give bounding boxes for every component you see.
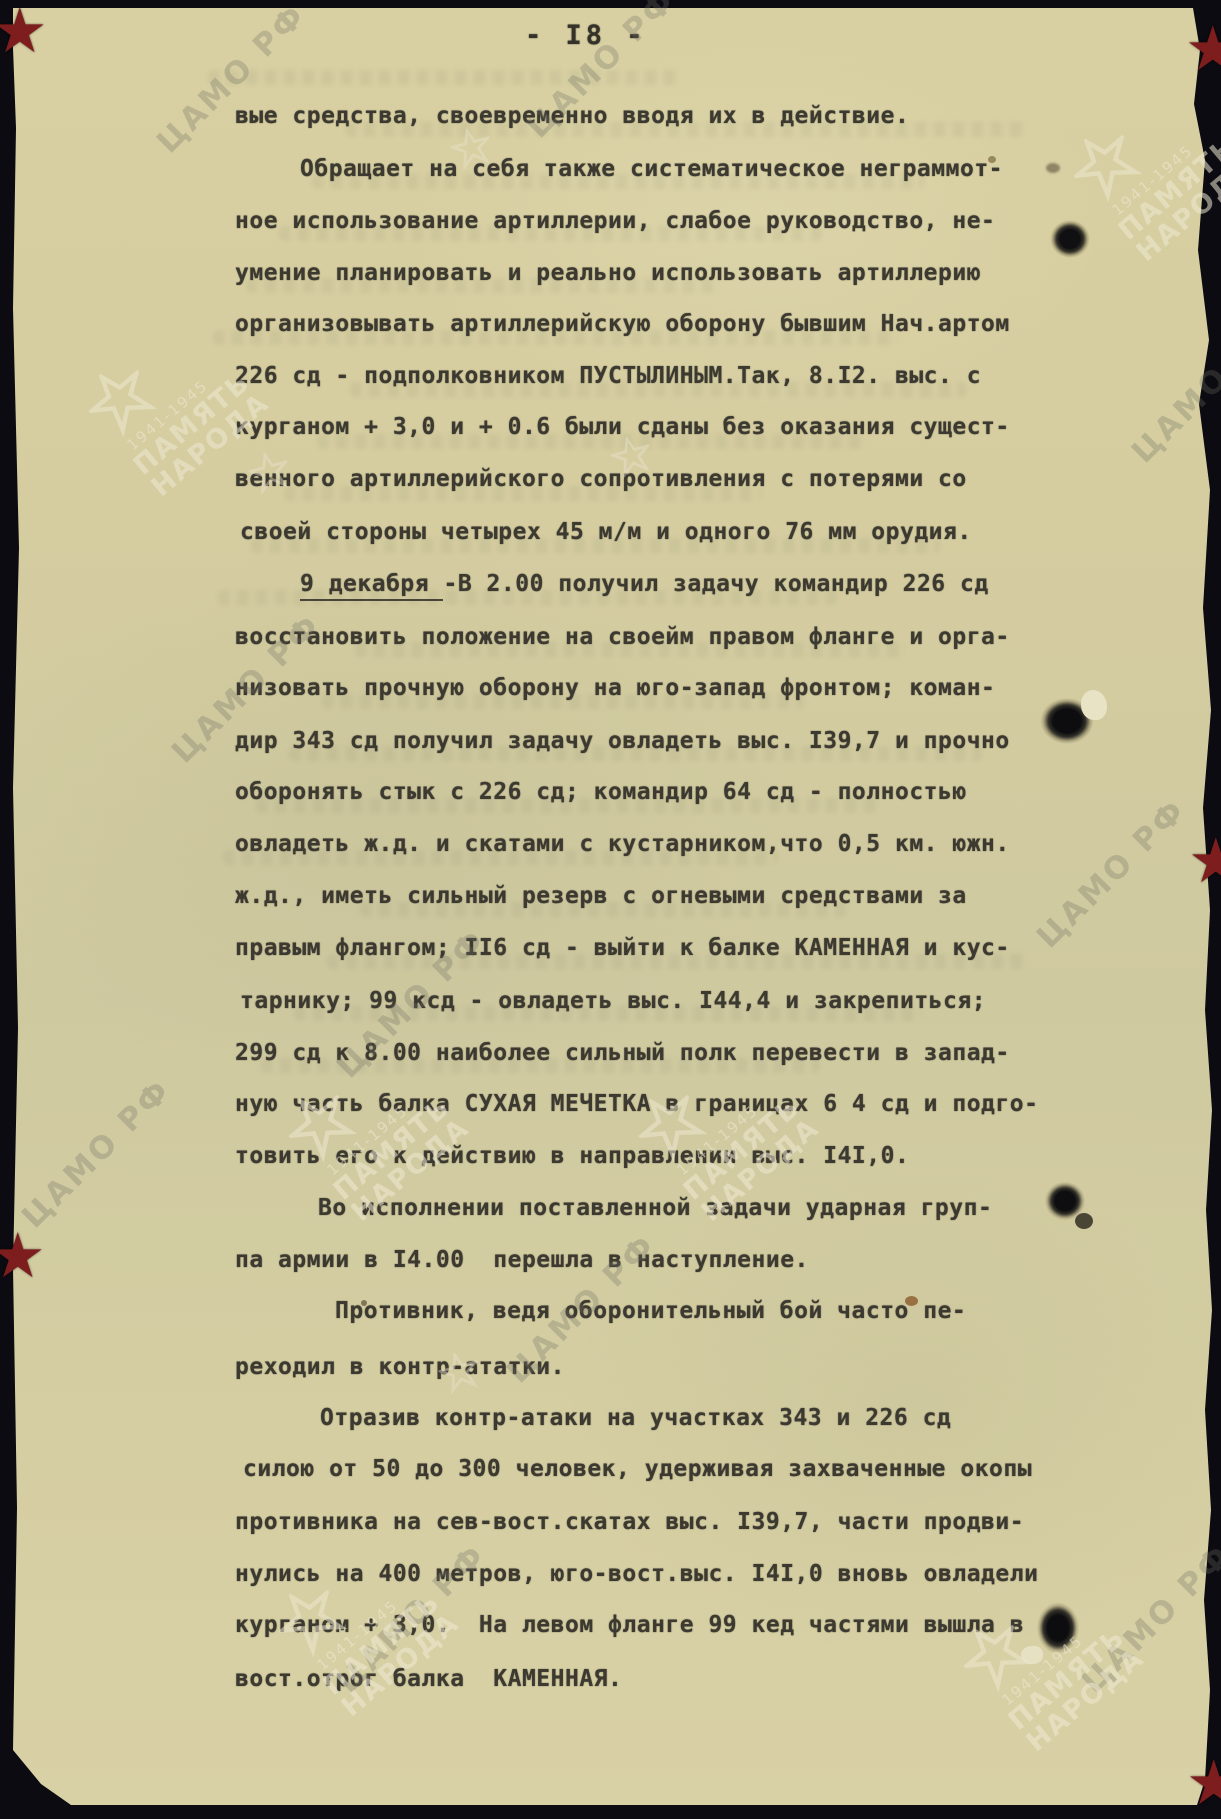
paper-hole bbox=[1046, 163, 1060, 173]
text-segment: организовывать артиллерийскую оборону бы… bbox=[235, 311, 1010, 337]
text-segment: низовать прочную оборону на юго-запад фр… bbox=[235, 675, 995, 701]
text-segment: умение планировать и реально использоват… bbox=[235, 260, 981, 286]
document-line: умение планировать и реально использоват… bbox=[235, 260, 981, 286]
text-segment: -В 2.00 получил задачу командир 226 сд bbox=[443, 571, 988, 597]
paper-hole bbox=[1048, 218, 1092, 260]
text-segment: дир 343 сд получил задачу овладеть выс. … bbox=[235, 728, 1010, 754]
document-line: дир 343 сд получил задачу овладеть выс. … bbox=[235, 728, 1010, 754]
paper-hole bbox=[1075, 1213, 1093, 1229]
document-line: оборонять стык с 226 сд; командир 64 сд … bbox=[235, 779, 967, 805]
document-line: восстановить положение на своейм правом … bbox=[235, 624, 1010, 650]
text-segment: Обращает на себя также систематическое н… bbox=[300, 156, 1003, 182]
red-star-icon: ★ bbox=[1188, 830, 1221, 892]
document-line: венного артиллерийского сопротивления с … bbox=[235, 466, 967, 492]
document-line: па армии в I4.00 перешла в наступление. bbox=[235, 1247, 809, 1273]
paper-hole bbox=[1081, 690, 1107, 720]
document-line: 9 декабря -В 2.00 получил задачу команди… bbox=[300, 571, 989, 597]
text-segment: венного артиллерийского сопротивления с … bbox=[235, 466, 967, 492]
text-segment: ное использование артиллерии, слабое рук… bbox=[235, 208, 995, 234]
text-segment: правым флангом; II6 сд - выйти к балке К… bbox=[235, 935, 1010, 961]
text-segment: восстановить положение на своейм правом … bbox=[235, 624, 1010, 650]
paper-speck bbox=[905, 1296, 918, 1306]
text-segment: Отразив контр-атаки на участках 343 и 22… bbox=[320, 1405, 951, 1431]
document-line: Обращает на себя также систематическое н… bbox=[300, 156, 1003, 182]
text-segment: своей стороны четырех 45 м/м и одного 76… bbox=[240, 519, 972, 545]
document-line: 226 сд - подполковником ПУСТЫЛИНЫМ.Так, … bbox=[235, 363, 981, 389]
document-line: вост.отрог балка КАМЕННАЯ. bbox=[235, 1666, 622, 1692]
red-star-icon: ★ bbox=[0, 1225, 46, 1287]
document-line: организовывать артиллерийскую оборону бы… bbox=[235, 311, 1010, 337]
text-segment: силою от 50 до 300 человек, удерживая за… bbox=[243, 1456, 1032, 1482]
text-segment: овладеть ж.д. и скатами с кустарником,чт… bbox=[235, 831, 1010, 857]
scan-background: { "page": { "number": "- I8 -" }, "docum… bbox=[0, 0, 1221, 1819]
document-line: своей стороны четырех 45 м/м и одного 76… bbox=[240, 519, 972, 545]
text-segment: ж.д., иметь сильный резерв с огневыми ср… bbox=[235, 883, 967, 909]
text-segment: Противник, ведя оборонительный бой часто… bbox=[335, 1298, 966, 1324]
text-segment: вост.отрог балка КАМЕННАЯ. bbox=[235, 1666, 622, 1692]
red-star-icon: ★ bbox=[0, 0, 48, 62]
document-line: ное использование артиллерии, слабое рук… bbox=[235, 208, 995, 234]
document-line: Отразив контр-атаки на участках 343 и 22… bbox=[320, 1405, 951, 1431]
document-line: силою от 50 до 300 человек, удерживая за… bbox=[243, 1456, 1032, 1482]
document-line: противника на сев-вост.скатах выс. I39,7… bbox=[235, 1509, 1024, 1535]
document-line: овладеть ж.д. и скатами с кустарником,чт… bbox=[235, 831, 1010, 857]
text-segment: тарнику; 99 ксд - овладеть выс. I44,4 и … bbox=[240, 988, 986, 1014]
text-segment: противника на сев-вост.скатах выс. I39,7… bbox=[235, 1509, 1024, 1535]
text-segment: курганом + 3,0 и + 0.6 были сданы без ок… bbox=[235, 414, 1010, 440]
document-line: низовать прочную оборону на юго-запад фр… bbox=[235, 675, 995, 701]
paper-speck bbox=[988, 156, 996, 163]
text-segment: 226 сд - подполковником ПУСТЫЛИНЫМ.Так, … bbox=[235, 363, 981, 389]
red-star-icon: ★ bbox=[1185, 18, 1221, 80]
paper-speck bbox=[361, 1300, 367, 1306]
document-line: тарнику; 99 ксд - овладеть выс. I44,4 и … bbox=[240, 988, 986, 1014]
underlined-text: 9 декабря bbox=[300, 571, 443, 601]
document-line: правым флангом; II6 сд - выйти к балке К… bbox=[235, 935, 1010, 961]
red-star-icon: ★ bbox=[1186, 1752, 1221, 1814]
text-segment: па армии в I4.00 перешла в наступление. bbox=[235, 1247, 809, 1273]
document-line: Во исполнении поставленной задачи ударна… bbox=[318, 1195, 992, 1221]
document-line: курганом + 3,0 и + 0.6 были сданы без ок… bbox=[235, 414, 1010, 440]
document-page: - I8 - вые средства, своевременно вводя … bbox=[13, 8, 1213, 1808]
document-line: ж.д., иметь сильный резерв с огневыми ср… bbox=[235, 883, 967, 909]
text-segment: оборонять стык с 226 сд; командир 64 сд … bbox=[235, 779, 967, 805]
document-line: Противник, ведя оборонительный бой часто… bbox=[335, 1298, 966, 1324]
text-segment: Во исполнении поставленной задачи ударна… bbox=[318, 1195, 992, 1221]
